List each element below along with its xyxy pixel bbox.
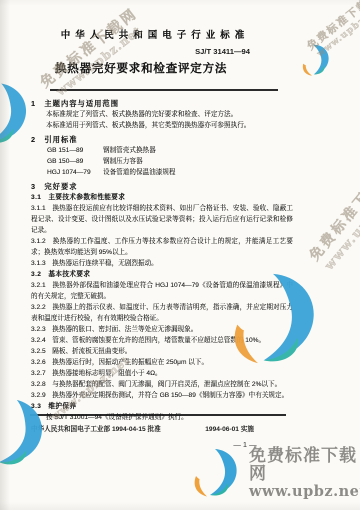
watermark-middle-right: 免费标准下载网 www.upbz.net bbox=[291, 145, 360, 290]
clause-3-3-heading: 3.3 维护保养 bbox=[31, 401, 293, 412]
section-2-heading: 2 引用标准 bbox=[31, 134, 293, 145]
clause-3-3-text: 按 SJ/T 31001—94《设备维护保养通则》执行。 bbox=[31, 412, 293, 423]
clause-3-2-7: 3.2.7 换热器接地标志明显，阻值小于 4Ω。 bbox=[31, 368, 293, 379]
standard-authority-line: 中华人民共和国电子行业标准 bbox=[0, 27, 310, 41]
reference-title: 钢制压力容器 bbox=[103, 156, 143, 167]
up-logo-icon bbox=[296, 42, 334, 78]
clause-3-1-2: 3.1.2 换热器的工作温度、工作压力等技术参数应符合设计上的规定，并能满足工艺… bbox=[31, 236, 293, 258]
section-1-heading: 1 主题内容与适用范围 bbox=[31, 98, 293, 109]
brand-text: 免费标准下载网 www.upbz.net bbox=[249, 448, 360, 499]
clause-3-1-1: 3.1.1 换热器在投运前应有比较详细的技术资料、如出厂合格证书、安装、验收、隐… bbox=[31, 203, 293, 236]
paragraph: 本标准规定了列管式、板式换热器的完好要求和检查、评定方法。 bbox=[31, 109, 293, 120]
reference-row: HGJ 1074—79 设备管道的保温油漆规程 bbox=[31, 167, 293, 178]
watermark-site-text: 免费标准下载网 bbox=[249, 448, 360, 484]
up-logo-icon bbox=[0, 79, 33, 149]
reference-code: GB 151—89 bbox=[47, 145, 103, 156]
approval-line: 中华人民共和国电子工业部 1994-04-15 批准 bbox=[31, 423, 161, 433]
clause-3-2-8: 3.2.8 与换热器配套的配管、阀门无渗漏，阀门开启灵活，泄漏点应控制在 2%以… bbox=[31, 379, 293, 390]
clause-3-2-5: 3.2.5 隔板、折流板无扭曲变形。 bbox=[31, 346, 293, 357]
reference-title: 设备管道的保温油漆规程 bbox=[103, 167, 176, 178]
watermark-url-text: www.upbz.net bbox=[306, 158, 360, 290]
standard-number: SJ/T 31411—94 bbox=[140, 47, 250, 56]
clause-3-1-3: 3.1.3 换热器运行连续平稳，无剧烈振动。 bbox=[31, 258, 293, 269]
reference-code: GB 150—89 bbox=[47, 156, 103, 167]
effective-date: 1994-06-01 实施 bbox=[150, 423, 254, 433]
watermark-site-text: 免费标准下载网 bbox=[23, 0, 154, 102]
clause-3-2-heading: 3.2 基本技术要求 bbox=[31, 269, 293, 280]
clause-3-2-6: 3.2.6 换热器运行时，因振动产生的振幅应在 250μm 以下。 bbox=[31, 357, 293, 368]
reference-row: GB 151—89 钢制管壳式换热器 bbox=[31, 145, 293, 156]
watermark-top-left: 免费标准下载网 www.upbz.net bbox=[23, 0, 162, 113]
clause-3-2-9: 3.2.9 换热器外壳应定期探伤测试，并符合 GB 150—89《钢制压力容器》… bbox=[31, 390, 293, 401]
watermark-site-text: 免费标准下载网 bbox=[291, 145, 360, 280]
document-body: 1 主题内容与适用范围 本标准规定了列管式、板式换热器的完好要求和检查、评定方法… bbox=[31, 98, 293, 423]
header-rule bbox=[50, 89, 278, 91]
reference-row: GB 150—89 钢制压力容器 bbox=[31, 156, 293, 167]
up-logo-icon bbox=[188, 448, 242, 498]
paragraph: 本标准适用于列管式、板式换热器，其它类型的换热器亦可参照执行。 bbox=[31, 120, 293, 131]
document-title: 换热器完好要求和检查评定方法 bbox=[55, 60, 227, 76]
clause-3-2-4: 3.2.4 管束、管板的腐蚀要在允许的范围内，堵管数量不应超过总管数的 10%。 bbox=[31, 335, 293, 346]
section-3-heading: 3 完好要求 bbox=[31, 181, 293, 192]
clause-3-1-heading: 3.1 主要技术参数和性能要求 bbox=[31, 192, 293, 203]
watermark-url-text: www.upbz.net bbox=[249, 484, 360, 499]
watermark-brand-lockup: 免费标准下载网 www.upbz.net bbox=[188, 448, 360, 499]
clause-3-2-2: 3.2.2 换热器上的指示仪表、如温度计、压力表等清洁明亮，指示准确，并应定期对… bbox=[31, 302, 293, 324]
reference-title: 钢制管壳式换热器 bbox=[103, 145, 156, 156]
reference-code: HGJ 1074—79 bbox=[47, 167, 103, 178]
clause-3-2-3: 3.2.3 换热器的胀口、密封面、法兰等处应无渗漏现象。 bbox=[31, 324, 293, 335]
clause-3-2-1: 3.2.1 换热器外部保温和油漆处理应符合 HGJ 1074—79《设备管道的保… bbox=[31, 280, 293, 302]
